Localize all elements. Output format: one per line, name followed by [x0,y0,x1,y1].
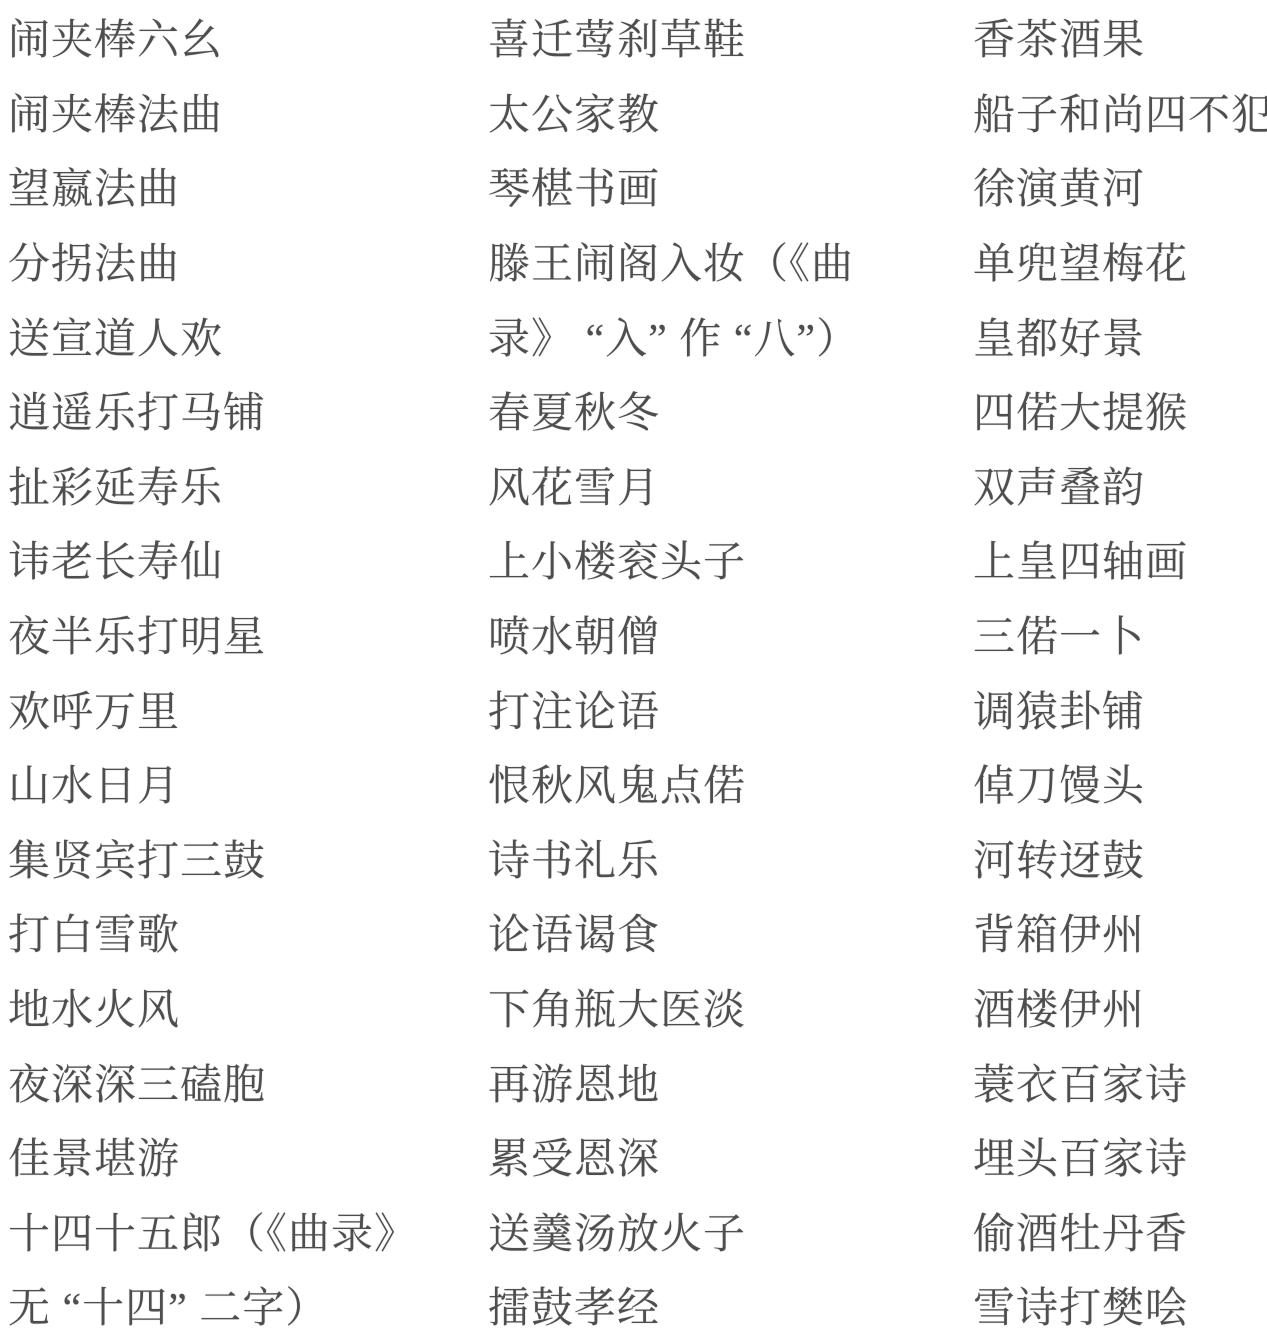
text-line: 再游恩地 [488,1044,958,1119]
text-line: 欢呼万里 [8,671,478,746]
text-line: 打白雪歌 [8,895,478,970]
text-line: 雪诗打樊哙 [973,1268,1263,1343]
text-line: 倬刀馒头 [973,746,1263,821]
text-line: 单兜望梅花 [973,224,1263,299]
text-line: 春夏秋冬 [488,373,958,448]
text-line: 无 “十四” 二字） [8,1268,478,1343]
text-column-right: 香茶酒果船子和尚四不犯徐演黄河单兜望梅花皇都好景四偌大提猴双声叠韵上皇四轴画三偌… [973,0,1263,1343]
text-line: 蓑衣百家诗 [973,1044,1263,1119]
text-line: 滕王闹阁入妆（《曲 [488,224,958,299]
text-line: 诗书礼乐 [488,821,958,896]
text-line: 上皇四轴画 [973,522,1263,597]
text-line: 地水火风 [8,970,478,1045]
text-column-left: 闹夹棒六幺闹夹棒法曲望嬴法曲分拐法曲送宣道人欢逍遥乐打马铺扯彩延寿乐讳老长寿仙夜… [8,0,478,1343]
text-line: 背箱伊州 [973,895,1263,970]
text-line: 香茶酒果 [973,0,1263,75]
text-line: 皇都好景 [973,298,1263,373]
text-line: 三偌一卜 [973,597,1263,672]
text-line: 夜半乐打明星 [8,597,478,672]
text-line: 讳老长寿仙 [8,522,478,597]
text-line: 送羹汤放火子 [488,1194,958,1269]
text-line: 调猿卦铺 [973,671,1263,746]
text-line: 累受恩深 [488,1119,958,1194]
book-page: 闹夹棒六幺闹夹棒法曲望嬴法曲分拐法曲送宣道人欢逍遥乐打马铺扯彩延寿乐讳老长寿仙夜… [0,0,1267,1343]
text-line: 喜迁莺刹草鞋 [488,0,958,75]
text-line: 十四十五郎（《曲录》 [8,1194,478,1269]
text-line: 偷酒牡丹香 [973,1194,1263,1269]
text-line: 夜深深三磕胞 [8,1044,478,1119]
text-line: 擂鼓孝经 [488,1268,958,1343]
text-line: 逍遥乐打马铺 [8,373,478,448]
text-line: 恨秋风鬼点偌 [488,746,958,821]
text-line: 佳景堪游 [8,1119,478,1194]
text-line: 徐演黄河 [973,149,1263,224]
text-line: 琴椹书画 [488,149,958,224]
text-line: 酒楼伊州 [973,970,1263,1045]
text-line: 双声叠韵 [973,448,1263,523]
text-line: 上小楼衮头子 [488,522,958,597]
text-line: 山水日月 [8,746,478,821]
text-line: 望嬴法曲 [8,149,478,224]
text-line: 打注论语 [488,671,958,746]
text-line: 风花雪月 [488,448,958,523]
text-line: 扯彩延寿乐 [8,448,478,523]
text-line: 送宣道人欢 [8,298,478,373]
text-line: 闹夹棒六幺 [8,0,478,75]
text-line: 集贤宾打三鼓 [8,821,478,896]
text-line: 太公家教 [488,75,958,150]
text-line: 四偌大提猴 [973,373,1263,448]
text-line: 录》 “入” 作 “八”） [488,298,958,373]
text-line: 喷水朝僧 [488,597,958,672]
text-line: 分拐法曲 [8,224,478,299]
text-line: 闹夹棒法曲 [8,75,478,150]
text-line: 论语谒食 [488,895,958,970]
text-line: 船子和尚四不犯 [973,75,1263,150]
text-line: 埋头百家诗 [973,1119,1263,1194]
text-line: 河转迓鼓 [973,821,1263,896]
text-column-middle: 喜迁莺刹草鞋太公家教琴椹书画滕王闹阁入妆（《曲录》 “入” 作 “八”）春夏秋冬… [488,0,958,1343]
text-line: 下角瓶大医淡 [488,970,958,1045]
